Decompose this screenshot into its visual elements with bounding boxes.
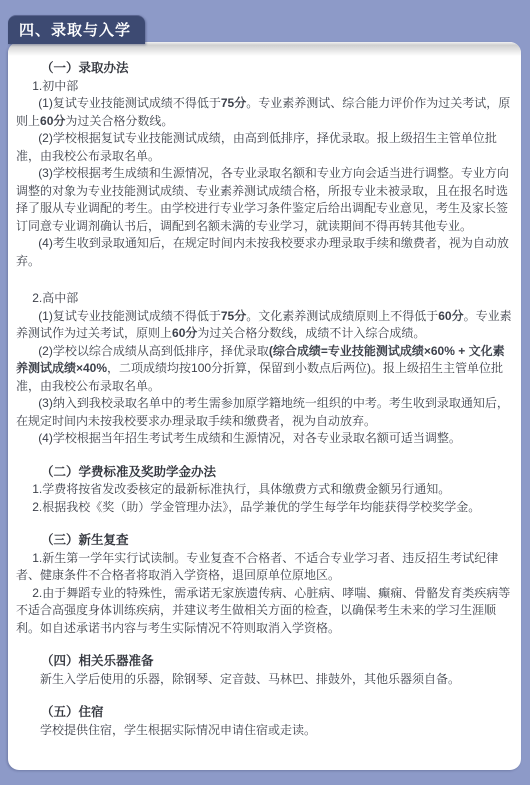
text-segment: 新生入学后使用的乐器，除钢琴、定音鼓、马林巴、排鼓外，其他乐器须自备。: [40, 672, 460, 686]
text-segment: 1.初中部: [32, 79, 78, 93]
paragraph: 学校提供住宿，学生根据实际情况申请住宿或走读。: [16, 722, 515, 740]
paragraph: (3)纳入到我校录取名单中的考生需参加原学籍地统一组织的中考。考生收到录取通知后…: [16, 395, 515, 430]
text-segment: (1)复试专业技能测试成绩不得低于: [38, 96, 221, 110]
paragraph: (4)考生收到录取通知后，在规定时间内未按我校要求办理录取手续和缴费者，视为自动…: [16, 235, 515, 270]
page-background: 四、录取与入学 （一）录取办法1.初中部(1)复试专业技能测试成绩不得低于75分…: [0, 0, 530, 785]
emphasized-text: 60分: [438, 309, 463, 323]
text-segment: (4)考生收到录取通知后，在规定时间内未按我校要求办理录取手续和缴费者，视为自动…: [16, 236, 509, 268]
paragraph: 1.学费将按省发改委核定的最新标准执行，具体缴费方式和缴费金额另行通知。: [16, 481, 515, 499]
text-segment: (2)学校以综合成绩从高到低排序，择优录取: [38, 344, 269, 358]
emphasized-text: 75分: [221, 309, 246, 323]
text-segment: (4)学校根据当年招生考试考生成绩和生源情况，对各专业录取名额可适当调整。: [38, 431, 461, 445]
section-heading: （一）录取办法: [16, 60, 515, 78]
emphasized-text: 60分: [172, 326, 197, 340]
paragraph: (1)复试专业技能测试成绩不得低于75分。文化素养测试成绩原则上不得低于60分。…: [16, 308, 515, 343]
text-segment: 2.由于舞蹈专业的特殊性，需承诺无家族遗传病、心脏病、哮喘、癫痫、骨骼发育类疾病…: [16, 586, 510, 635]
paragraph: 新生入学后使用的乐器，除钢琴、定音鼓、马林巴、排鼓外，其他乐器须自备。: [16, 671, 515, 689]
section-heading: （四）相关乐器准备: [16, 653, 515, 671]
paragraph: 2.高中部: [16, 290, 515, 308]
emphasized-text: 60分: [40, 114, 65, 128]
paragraph: (1)复试专业技能测试成绩不得低于75分。专业素养测试、综合能力评价作为过关考试…: [16, 95, 515, 130]
text-segment: 。文化素养测试成绩原则上不得低于: [246, 309, 438, 323]
text-segment: (3)纳入到我校录取名单中的考生需参加原学籍地统一组织的中考。考生收到录取通知后…: [16, 396, 509, 428]
text-segment: 为过关合格分数线，成绩不计入综合成绩。: [197, 326, 425, 340]
section-heading: （五）住宿: [16, 704, 515, 722]
text-segment: (3)学校根据考生成绩和生源情况，各专业录取名额和专业方向会适当进行调整。专业方…: [16, 166, 509, 233]
paragraph: 2.根据我校《奖（助）学金管理办法》，品学兼优的学生每学年均能获得学校奖学金。: [16, 499, 515, 517]
section-tab: 四、录取与入学: [8, 15, 145, 44]
paragraph: 2.由于舞蹈专业的特殊性，需承诺无家族遗传病、心脏病、哮喘、癫痫、骨骼发育类疾病…: [16, 585, 515, 638]
section: （四）相关乐器准备新生入学后使用的乐器，除钢琴、定音鼓、马林巴、排鼓外，其他乐器…: [16, 653, 515, 688]
paragraph: (2)学校以综合成绩从高到低排序，择优录取(综合成绩=专业技能测试成绩×60% …: [16, 343, 515, 396]
section-tab-title: 四、录取与入学: [19, 22, 131, 39]
paragraph: (2)学校根据复试专业技能测试成绩，由高到低排序，择优录取。报上级招生主管单位批…: [16, 130, 515, 165]
section-heading: （三）新生复查: [16, 532, 515, 550]
section: （三）新生复查1.新生第一学年实行试读制。专业复查不合格者、不适合专业学习者、违…: [16, 532, 515, 637]
section-heading: （二）学费标准及奖助学金办法: [16, 464, 515, 482]
text-segment: (1)复试专业技能测试成绩不得低于: [38, 309, 221, 323]
paragraph: (3)学校根据考生成绩和生源情况，各专业录取名额和专业方向会适当进行调整。专业方…: [16, 165, 515, 235]
section: （一）录取办法1.初中部(1)复试专业技能测试成绩不得低于75分。专业素养测试、…: [16, 60, 515, 448]
text-segment: 2.高中部: [32, 291, 78, 305]
text-segment: 1.学费将按省发改委核定的最新标准执行，具体缴费方式和缴费金额另行通知。: [32, 482, 450, 496]
text-segment: 为过关合格分数线。: [65, 114, 173, 128]
text-segment: 1.新生第一学年实行试读制。专业复查不合格者、不适合专业学习者、违反招生考试纪律…: [16, 551, 498, 583]
text-segment: (2)学校根据复试专业技能测试成绩，由高到低排序，择优录取。报上级招生主管单位批…: [16, 131, 497, 163]
paragraph: 1.初中部: [16, 78, 515, 96]
paragraph: (4)学校根据当年招生考试考生成绩和生源情况，对各专业录取名额可适当调整。: [16, 430, 515, 448]
content-panel: （一）录取办法1.初中部(1)复试专业技能测试成绩不得低于75分。专业素养测试、…: [8, 42, 521, 770]
section: （五）住宿学校提供住宿，学生根据实际情况申请住宿或走读。: [16, 704, 515, 739]
paragraph: 1.新生第一学年实行试读制。专业复查不合格者、不适合专业学习者、违反招生考试纪律…: [16, 550, 515, 585]
content-sections: （一）录取办法1.初中部(1)复试专业技能测试成绩不得低于75分。专业素养测试、…: [8, 42, 521, 739]
section: （二）学费标准及奖助学金办法1.学费将按省发改委核定的最新标准执行，具体缴费方式…: [16, 464, 515, 517]
text-segment: 2.根据我校《奖（助）学金管理办法》，品学兼优的学生每学年均能获得学校奖学金。: [32, 500, 480, 514]
emphasized-text: 75分: [221, 96, 246, 110]
text-segment: 学校提供住宿，学生根据实际情况申请住宿或走读。: [40, 723, 316, 737]
